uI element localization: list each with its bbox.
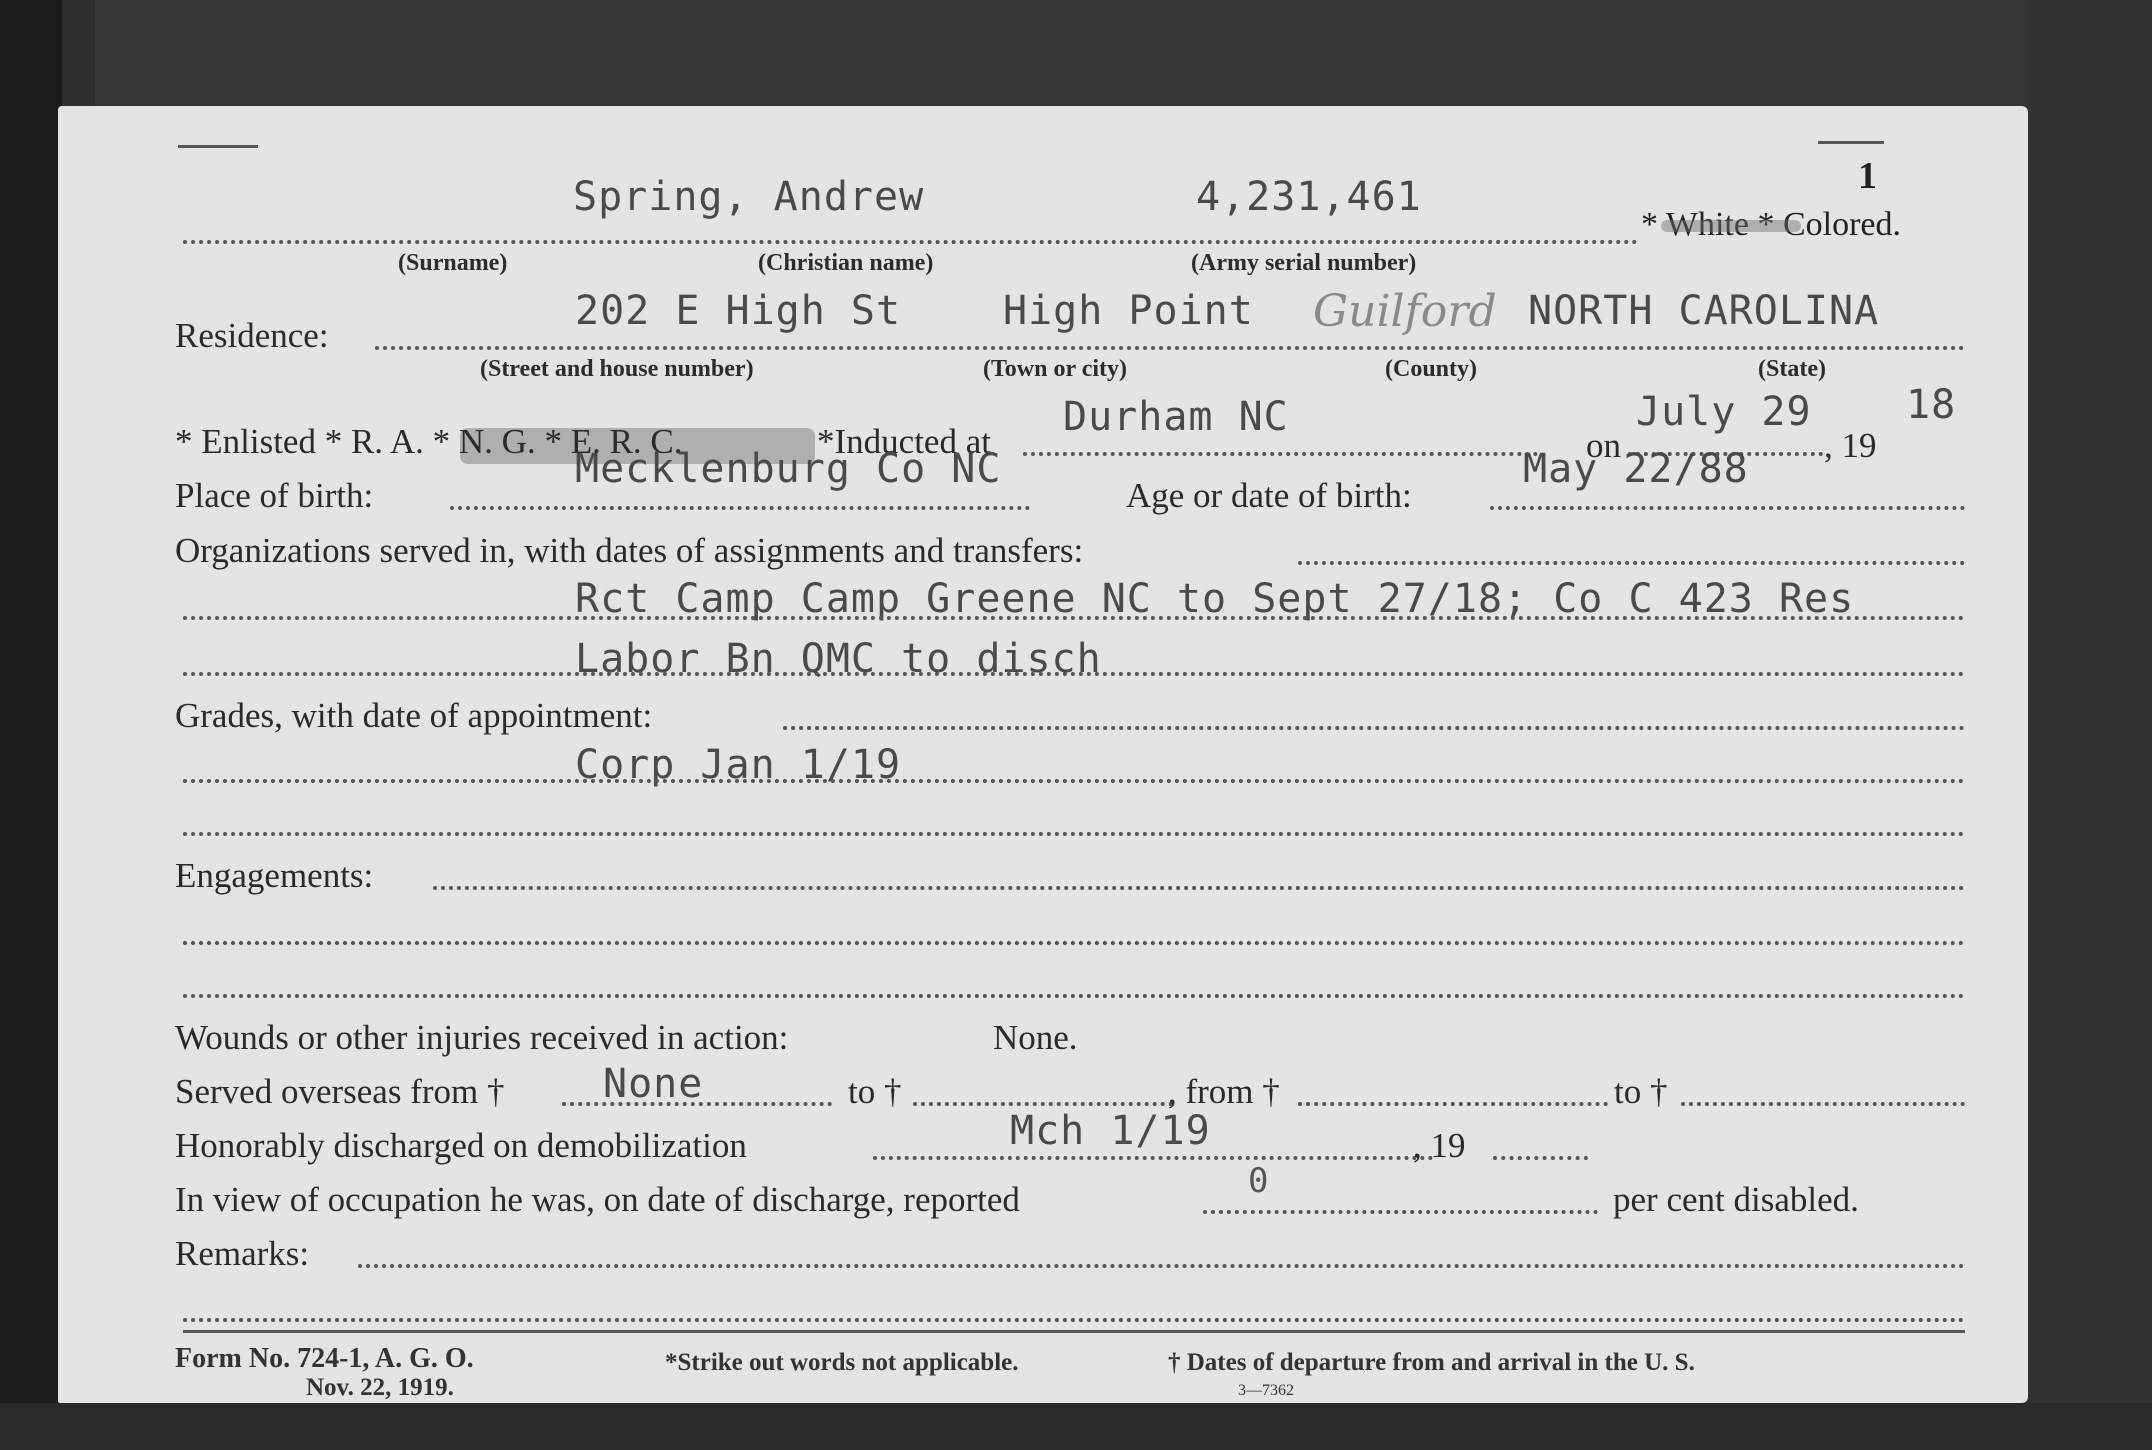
print-code: 3—7362 — [1238, 1382, 1294, 1400]
top-left-rule — [178, 145, 258, 148]
place-of-birth-value: Mecklenburg Co NC — [575, 446, 1001, 492]
card-number: 1 — [1858, 154, 1877, 198]
footer-rule — [183, 1330, 1965, 1333]
overseas-label: Served overseas from † — [175, 1072, 504, 1112]
engagements-line-0 — [433, 886, 1965, 890]
overseas-to2-line — [1681, 1102, 1965, 1106]
disability-label: In view of occupation he was, on date of… — [175, 1180, 1020, 1220]
residence-label: Residence: — [175, 316, 329, 356]
disability-line — [1203, 1210, 1598, 1214]
remarks-line-1 — [183, 1318, 1965, 1322]
residence-town: High Point — [1003, 288, 1254, 334]
overseas-from2-line — [1298, 1102, 1608, 1106]
form-number: Form No. 724-1, A. G. O. — [175, 1343, 474, 1375]
grades-line-0 — [783, 726, 1965, 730]
dagger-note: † Dates of departure from and arrival in… — [1168, 1349, 1695, 1377]
organizations-label: Organizations served in, with dates of a… — [175, 531, 1083, 571]
strike-out-note: *Strike out words not applicable. — [665, 1349, 1019, 1377]
name-line — [183, 240, 1638, 244]
organizations-line-2 — [183, 672, 1965, 676]
induction-date: July 29 — [1636, 389, 1812, 435]
town-label: (Town or city) — [983, 356, 1127, 383]
disability-value: 0 — [1248, 1161, 1268, 1201]
place-of-birth-line — [450, 506, 1030, 510]
discharge-year-line — [1493, 1156, 1588, 1160]
race-options: * White * Colored. — [1641, 206, 1901, 244]
discharge-year-prefix: , 19 — [1413, 1126, 1466, 1166]
overseas-from-value: None — [603, 1061, 703, 1107]
scan-background-left — [0, 0, 62, 1450]
serial-number-label: (Army serial number) — [1191, 250, 1416, 277]
year-prefix: , 19 — [1824, 426, 1877, 466]
county-label: (County) — [1385, 356, 1477, 383]
date-of-birth-line — [1490, 506, 1965, 510]
discharge-date-line — [873, 1156, 1433, 1160]
wounds-label: Wounds or other injuries received in act… — [175, 1018, 788, 1058]
serial-number-value: 4,231,461 — [1196, 174, 1422, 220]
residence-county-handwritten: Guilford — [1313, 286, 1497, 337]
overseas-from-line — [562, 1102, 832, 1106]
grades-line-1 — [183, 779, 1965, 783]
wounds-value: None. — [993, 1018, 1078, 1058]
date-of-birth-value: May 22/88 — [1523, 446, 1749, 492]
street-label: (Street and house number) — [480, 356, 754, 383]
engagements-line-2 — [183, 994, 1965, 998]
engagements-line-1 — [183, 941, 1965, 945]
disability-suffix: per cent disabled. — [1613, 1180, 1859, 1220]
residence-state: NORTH CAROLINA — [1528, 288, 1879, 334]
grades-line-2 — [183, 832, 1965, 836]
residence-line — [375, 346, 1965, 350]
discharge-label: Honorably discharged on demobilization — [175, 1126, 747, 1166]
place-of-birth-label: Place of birth: — [175, 476, 373, 516]
remarks-line-0 — [358, 1264, 1965, 1268]
scan-background-bottom — [0, 1403, 2152, 1450]
overseas-to-line — [913, 1102, 1173, 1106]
inducted-line — [1023, 452, 1538, 456]
christian-name-label: (Christian name) — [758, 250, 933, 277]
overseas-from2-label: , from † — [1168, 1072, 1280, 1112]
name-value: Spring, Andrew — [573, 174, 924, 220]
race-white: * White — [1641, 206, 1757, 243]
overseas-to2-label: to † — [1614, 1072, 1667, 1112]
race-white-strikeout — [1661, 220, 1801, 232]
state-label: (State) — [1758, 356, 1826, 383]
overseas-to-label: to † — [848, 1072, 901, 1112]
engagements-label: Engagements: — [175, 856, 373, 896]
scan-background-right — [2028, 0, 2152, 1450]
inducted-at-value: Durham NC — [1063, 394, 1289, 440]
remarks-label: Remarks: — [175, 1234, 309, 1274]
date-of-birth-label: Age or date of birth: — [1126, 476, 1412, 516]
grades-label: Grades, with date of appointment: — [175, 696, 652, 736]
residence-street: 202 E High St — [575, 288, 901, 334]
service-record-card: 1 Spring, Andrew 4,231,461 * White * Col… — [58, 106, 2028, 1403]
induction-year: 18 — [1906, 382, 1956, 428]
discharge-date: Mch 1/19 — [1010, 1108, 1211, 1154]
scan-background-top — [95, 0, 2152, 106]
surname-label: (Surname) — [398, 250, 507, 277]
organizations-line-1 — [183, 616, 1965, 620]
form-date: Nov. 22, 1919. — [306, 1374, 454, 1402]
organizations-line-0 — [1298, 561, 1965, 565]
top-right-rule — [1818, 141, 1884, 144]
